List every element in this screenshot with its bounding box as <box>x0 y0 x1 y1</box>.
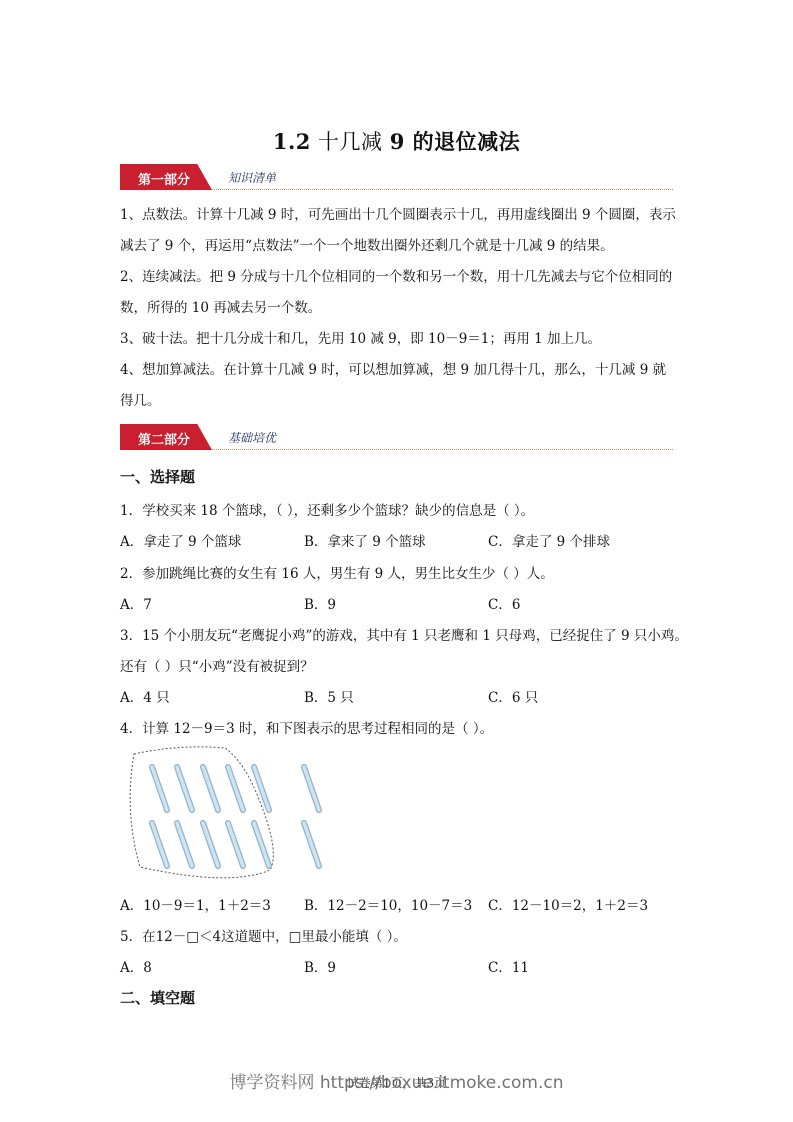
option-b[interactable]: B．9 <box>304 593 336 613</box>
question-3-cont: 还有（ ）只“小鸡”没有被捉到？ <box>120 655 314 675</box>
knowledge-item-3: 3、破十法。把十几分成十和几，先用 10 减 9，即 10－9＝1；再用 1 加… <box>120 324 676 355</box>
section-header-1: 第一部分 知识清单 <box>120 164 673 190</box>
title-text: 十几减 <box>311 130 390 154</box>
knowledge-item-1: 1、点数法。计算十几减 9 时，可先画出十几个圆圈表示十几，再用虚线圈出 9 个… <box>120 200 676 262</box>
title-num: 9 <box>390 129 405 154</box>
question-3: 3．15 个小朋友玩“老鹰捉小鸡”的游戏，其中有 1 只老鹰和 1 只母鸡，已经… <box>120 624 688 644</box>
heading-multiple-choice: 一、选择题 <box>120 466 195 487</box>
option-c[interactable]: C．12－10＝2，1＋2＝3 <box>488 894 648 914</box>
stick-group <box>152 767 319 866</box>
section-subtitle: 知识清单 <box>228 169 276 186</box>
option-a[interactable]: A．4 只 <box>120 686 170 706</box>
option-c[interactable]: C．拿走了 9 个排球 <box>488 530 610 550</box>
dotted-divider <box>212 189 673 190</box>
question-2: 2．参加跳绳比赛的女生有 16 人，男生有 9 人，男生比女生少（ ）人。 <box>120 562 554 582</box>
section-subtitle: 基础培优 <box>228 429 276 446</box>
sticks-figure <box>120 742 340 887</box>
option-c[interactable]: C．6 <box>488 593 520 613</box>
question-5: 5．在12－□＜4这道题中，□里最小能填（ ）。 <box>120 925 407 945</box>
section-tab-label: 第二部分 <box>138 429 190 448</box>
title-suffix: 的退位减法 <box>405 129 520 154</box>
option-a[interactable]: A．8 <box>120 956 152 976</box>
section-tab-label: 第一部分 <box>138 169 190 188</box>
section-tab: 第二部分 <box>120 424 212 450</box>
option-b[interactable]: B．9 <box>304 956 336 976</box>
question-1: 1．学校买来 18 个篮球，（ ），还剩多少个篮球？缺少的信息是（ ）。 <box>120 499 534 519</box>
option-c[interactable]: C．6 只 <box>488 686 538 706</box>
question-4: 4．计算 12－9＝3 时，和下图表示的思考过程相同的是（ ）。 <box>120 717 493 737</box>
option-b[interactable]: B．12－2＝10，10－7＝3 <box>304 894 472 914</box>
watermark: 博学资料网 https://boxue.itmoke.com.cn <box>0 1068 793 1093</box>
knowledge-item-2: 2、连续减法。把 9 分成与十几个位相同的一个数和另一个数，用十几先减去与它个位… <box>120 262 676 324</box>
dotted-divider <box>212 449 673 450</box>
option-b[interactable]: B．5 只 <box>304 686 354 706</box>
option-a[interactable]: A．7 <box>120 593 152 613</box>
option-c[interactable]: C．11 <box>488 956 529 976</box>
section-tab: 第一部分 <box>120 164 212 190</box>
section-header-2: 第二部分 基础培优 <box>120 424 673 450</box>
page-title: 1.2 十几减 9 的退位减法 <box>0 126 793 156</box>
heading-fill-blank: 二、填空题 <box>120 987 195 1008</box>
option-b[interactable]: B．拿来了 9 个篮球 <box>304 530 426 550</box>
option-a[interactable]: A．拿走了 9 个篮球 <box>120 530 241 550</box>
option-a[interactable]: A．10－9＝1，1＋2＝3 <box>120 894 271 914</box>
knowledge-item-4: 4、想加算减法。在计算十几减 9 时，可以想加算减，想 9 加几得十几，那么，十… <box>120 355 676 417</box>
title-number: 1.2 <box>273 129 311 154</box>
